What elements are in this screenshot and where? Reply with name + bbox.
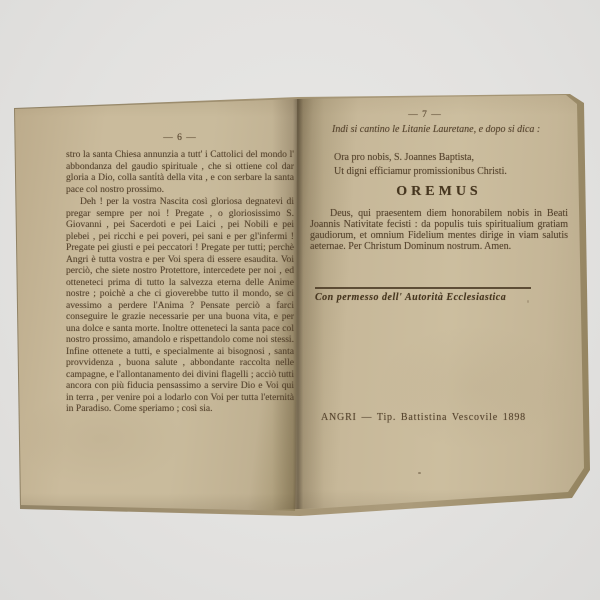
- versicle-line: Ora pro nobis, S. Joannes Baptista,: [334, 152, 584, 163]
- paper-speck: [155, 172, 157, 174]
- printer-imprint: ANGRI — Tip. Battistina Vescovile 1898: [321, 412, 561, 423]
- right-page: — 7 — Indi si cantino le Litanie Laureta…: [295, 90, 593, 515]
- paper-speck: [418, 472, 421, 474]
- oremus-heading: OREMUS: [312, 184, 566, 200]
- divider-rule: [315, 287, 531, 289]
- left-page: — 6 — stro la santa Chiesa annunzia a tu…: [15, 96, 300, 514]
- left-page-body: stro la santa Chiesa annunzia a tutt' i …: [66, 149, 294, 415]
- prayer-paragraph: Deus, qui praesentem diem honorabilem no…: [310, 209, 568, 253]
- response-line: Ut digni efficiamur promissionibus Chris…: [334, 166, 584, 177]
- left-page-number: — 6 —: [66, 133, 294, 143]
- left-page-paragraph-1: stro la santa Chiesa annunzia a tutt' i …: [66, 149, 294, 195]
- paper-speck: [527, 300, 529, 303]
- left-page-paragraph-2: Deh ! per la vostra Nascita così glorios…: [66, 196, 294, 415]
- imprimatur-line: Con permesso dell' Autorità Ecclesiastic…: [315, 292, 555, 303]
- rubric-line: Indi si cantino le Litanie Lauretane, e …: [312, 123, 566, 137]
- book-photo: — 6 — stro la santa Chiesa annunzia a tu…: [0, 0, 600, 600]
- right-page-number: — 7 —: [325, 110, 525, 120]
